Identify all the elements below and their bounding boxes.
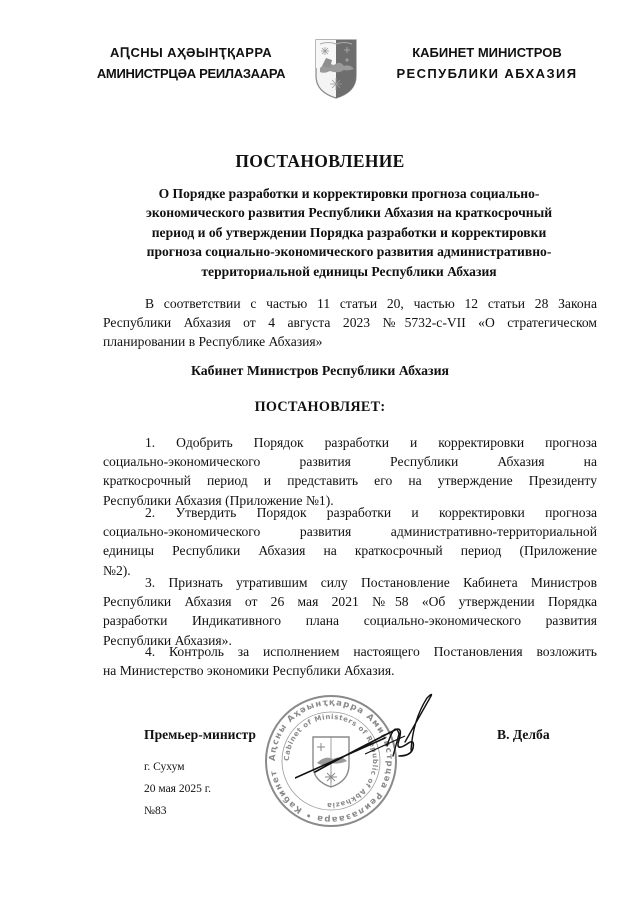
text-line: 2. Утвердить Порядок разработки и коррек… (103, 503, 597, 522)
document-number: №83 (144, 805, 166, 817)
header-abkhaz: АԤСНЫ АҲӘЫНҬҚАРРА АМИНИСТРЦӘА РЕИЛАЗААРА (82, 42, 300, 84)
text-line: социально-экономического развития админи… (103, 522, 597, 541)
resolution-item-3: 3. Признать утратившим силу Постановлени… (103, 573, 597, 650)
issue-date: 20 мая 2025 г. (144, 783, 211, 795)
text-line: В соответствии с частью 11 статьи 20, ча… (103, 294, 597, 313)
header-abkhaz-line-2: АМИНИСТРЦӘА РЕИЛАЗААРА (82, 63, 300, 84)
text-line: на Министерство экономики Республики Абх… (103, 661, 597, 680)
preamble-paragraph: В соответствии с частью 11 статьи 20, ча… (103, 294, 597, 352)
subtitle-line: прогноза социально-экономического развит… (118, 242, 580, 261)
resolves-heading: ПОСТАНОВЛЯЕТ: (0, 399, 640, 416)
signatory-position: Премьер-министр (144, 727, 256, 743)
subtitle-line: экономического развития Республики Абхаз… (118, 203, 580, 222)
document-title: ПОСТАНОВЛЕНИЕ (0, 151, 640, 172)
subtitle-line: О Порядке разработки и корректировки про… (118, 184, 580, 203)
text-line: разработки Индикативного плана социально… (103, 611, 597, 630)
resolution-item-2: 2. Утвердить Порядок разработки и коррек… (103, 503, 597, 580)
handwritten-signature-icon (295, 690, 435, 780)
header-russian-line-1: КАБИНЕТ МИНИСТРОВ (392, 42, 582, 63)
signatory-name: В. Делба (497, 727, 550, 743)
text-line: краткосрочный период и представить его н… (103, 471, 597, 490)
coat-of-arms-icon (314, 38, 358, 100)
header-russian: КАБИНЕТ МИНИСТРОВ РЕСПУБЛИКИ АБХАЗИЯ (392, 42, 582, 84)
text-line: 3. Признать утратившим силу Постановлени… (103, 573, 597, 592)
document-page: АԤСНЫ АҲӘЫНҬҚАРРА АМИНИСТРЦӘА РЕИЛАЗААРА… (0, 0, 640, 905)
header-abkhaz-line-1: АԤСНЫ АҲӘЫНҬҚАРРА (82, 42, 300, 63)
text-line: 1. Одобрить Порядок разработки и коррект… (103, 433, 597, 452)
header-russian-line-2: РЕСПУБЛИКИ АБХАЗИЯ (392, 63, 582, 84)
issue-city: г. Сухум (144, 761, 185, 773)
text-line: Республики Абхазия от 26 мая 2021 №58 «О… (103, 592, 597, 611)
text-line: планировании в Республике Абхазия» (103, 332, 597, 351)
resolution-item-4: 4. Контроль за исполнением настоящего По… (103, 642, 597, 680)
document-subtitle: О Порядке разработки и корректировки про… (118, 184, 580, 281)
text-line: социально-экономического развития Респуб… (103, 452, 597, 471)
issuer-heading: Кабинет Министров Республики Абхазия (0, 363, 640, 379)
resolution-item-1: 1. Одобрить Порядок разработки и коррект… (103, 433, 597, 510)
text-line: единицы Республики Абхазия на краткосроч… (103, 541, 597, 560)
text-line: 4. Контроль за исполнением настоящего По… (103, 642, 597, 661)
text-line: Республики Абхазия от 4 августа 2023 №57… (103, 313, 597, 332)
subtitle-line: территориальной единицы Республики Абхаз… (118, 262, 580, 281)
subtitle-line: период и об утверждении Порядка разработ… (118, 223, 580, 242)
